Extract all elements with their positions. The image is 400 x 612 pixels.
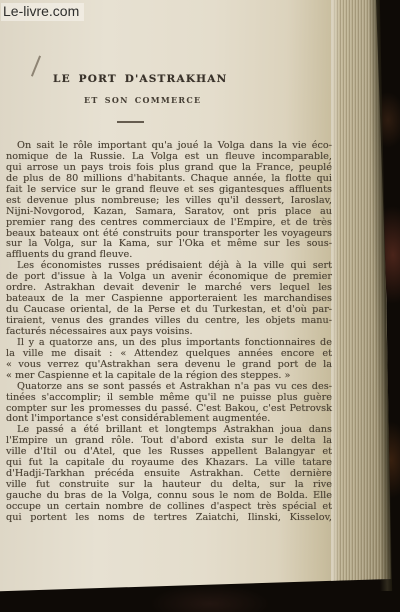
- body-line: est devenue plus nombreuse; les villes q…: [6, 196, 332, 207]
- body-line: Nijni-Novgorod, Kazan, Samara, Saratov, …: [6, 207, 332, 218]
- title-divider: [117, 121, 144, 123]
- body-line: tinées s'accomplir; il semble même qu'il…: [6, 393, 332, 404]
- page-subtitle: ET SON COMMERCE: [84, 95, 201, 105]
- pen-mark: [31, 56, 41, 77]
- body-line: premier rang des centres commerciaux de …: [6, 218, 332, 229]
- watermark: Le-livre.com: [1, 3, 84, 21]
- scanned-book-photo: LE PORT D'ASTRAKHAN ET SON COMMERCE On s…: [0, 0, 400, 612]
- scanned-page: LE PORT D'ASTRAKHAN ET SON COMMERCE On s…: [0, 0, 400, 612]
- body-line: Quatorze ans se sont passés et Astrakhan…: [6, 382, 332, 393]
- body-line: « mer Caspienne et la capitale de la rég…: [6, 371, 332, 382]
- body-line: qui portent les noms de tertres Zaiatchi…: [6, 513, 332, 524]
- page-title: LE PORT D'ASTRAKHAN: [53, 73, 227, 85]
- body-text: On sait le rôle important qu'a joué la V…: [6, 141, 332, 524]
